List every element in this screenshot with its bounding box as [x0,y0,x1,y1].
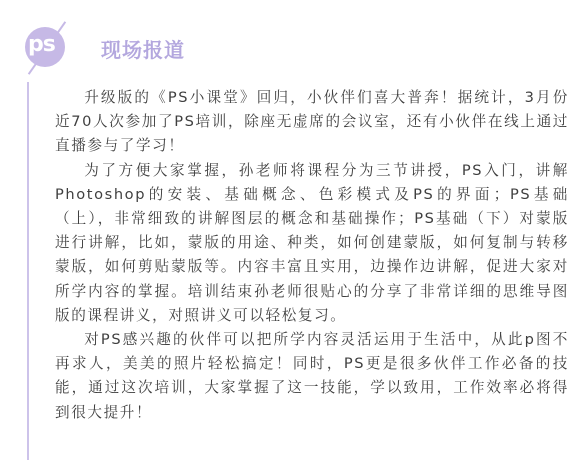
paragraph-3: 对PS感兴趣的伙伴可以把所学内容灵活运用于生活中，从此p图不再求人，美美的照片轻… [55,328,569,425]
paragraph-2: 为了方便大家掌握，孙老师将课程分为三节讲授，PS入门，讲解Photoshop的安… [55,159,569,328]
section-title: 现场报道 [101,37,185,63]
ps-logo-text: ps [28,32,55,58]
paragraph-1: 升级版的《PS小课堂》回归，小伙伴们喜大普奔！据统计，3月份近70人次参加了PS… [55,86,569,159]
section-header: ps 现场报道 [0,0,582,80]
article-body: 升级版的《PS小课堂》回归，小伙伴们喜大普奔！据统计，3月份近70人次参加了PS… [55,86,569,425]
